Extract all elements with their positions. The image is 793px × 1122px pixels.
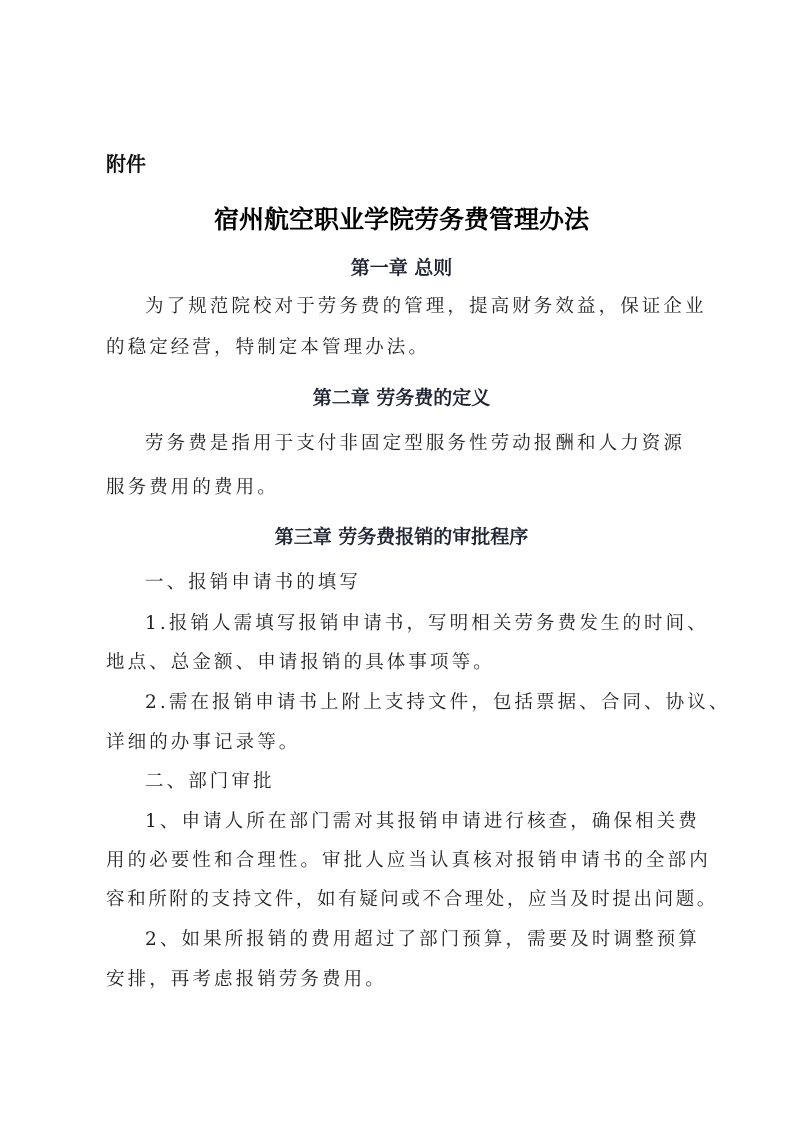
chapter-1-heading: 第一章 总则 <box>0 253 793 280</box>
paragraph-line: 地点、总金额、申请报销的具体事项等。 <box>106 648 495 674</box>
paragraph-line: 安排，再考虑报销劳务费用。 <box>106 965 387 991</box>
chapter-2-heading: 第二章 劳务费的定义 <box>0 383 793 410</box>
section-heading: 二、部门审批 <box>145 767 275 793</box>
paragraph-line: 用的必要性和合理性。审批人应当认真核对报销申请书的全部内 <box>106 846 711 872</box>
paragraph-line: 为了规范院校对于劳务费的管理，提高财务效益，保证企业 <box>145 292 707 318</box>
paragraph-line: 1、申请人所在部门需对其报销申请进行核查，确保相关费 <box>145 807 700 833</box>
paragraph-line: 详细的办事记录等。 <box>106 728 300 754</box>
chapter-3-heading: 第三章 劳务费报销的审批程序 <box>0 522 793 549</box>
paragraph-line: 容和所附的支持文件，如有疑问或不合理处，应当及时提出问题。 <box>106 885 718 911</box>
section-heading: 一、报销申请书的填写 <box>145 568 361 594</box>
document-title: 宿州航空职业学院劳务费管理办法 <box>0 200 793 236</box>
paragraph-line: 2.需在报销申请书上附上支持文件，包括票据、合同、协议、 <box>145 688 730 714</box>
paragraph-line: 劳务费是指用于支付非固定型服务性劳动报酬和人力资源 <box>145 429 685 455</box>
paragraph-line: 的稳定经营，特制定本管理办法。 <box>106 333 430 359</box>
paragraph-line: 服务费用的费用。 <box>106 473 279 499</box>
attachment-label: 附件 <box>106 148 146 177</box>
paragraph-line: 1.报销人需填写报销申请书，写明相关劳务费发生的时间、 <box>145 609 709 635</box>
paragraph-line: 2、如果所报销的费用超过了部门预算，需要及时调整预算 <box>145 925 700 951</box>
